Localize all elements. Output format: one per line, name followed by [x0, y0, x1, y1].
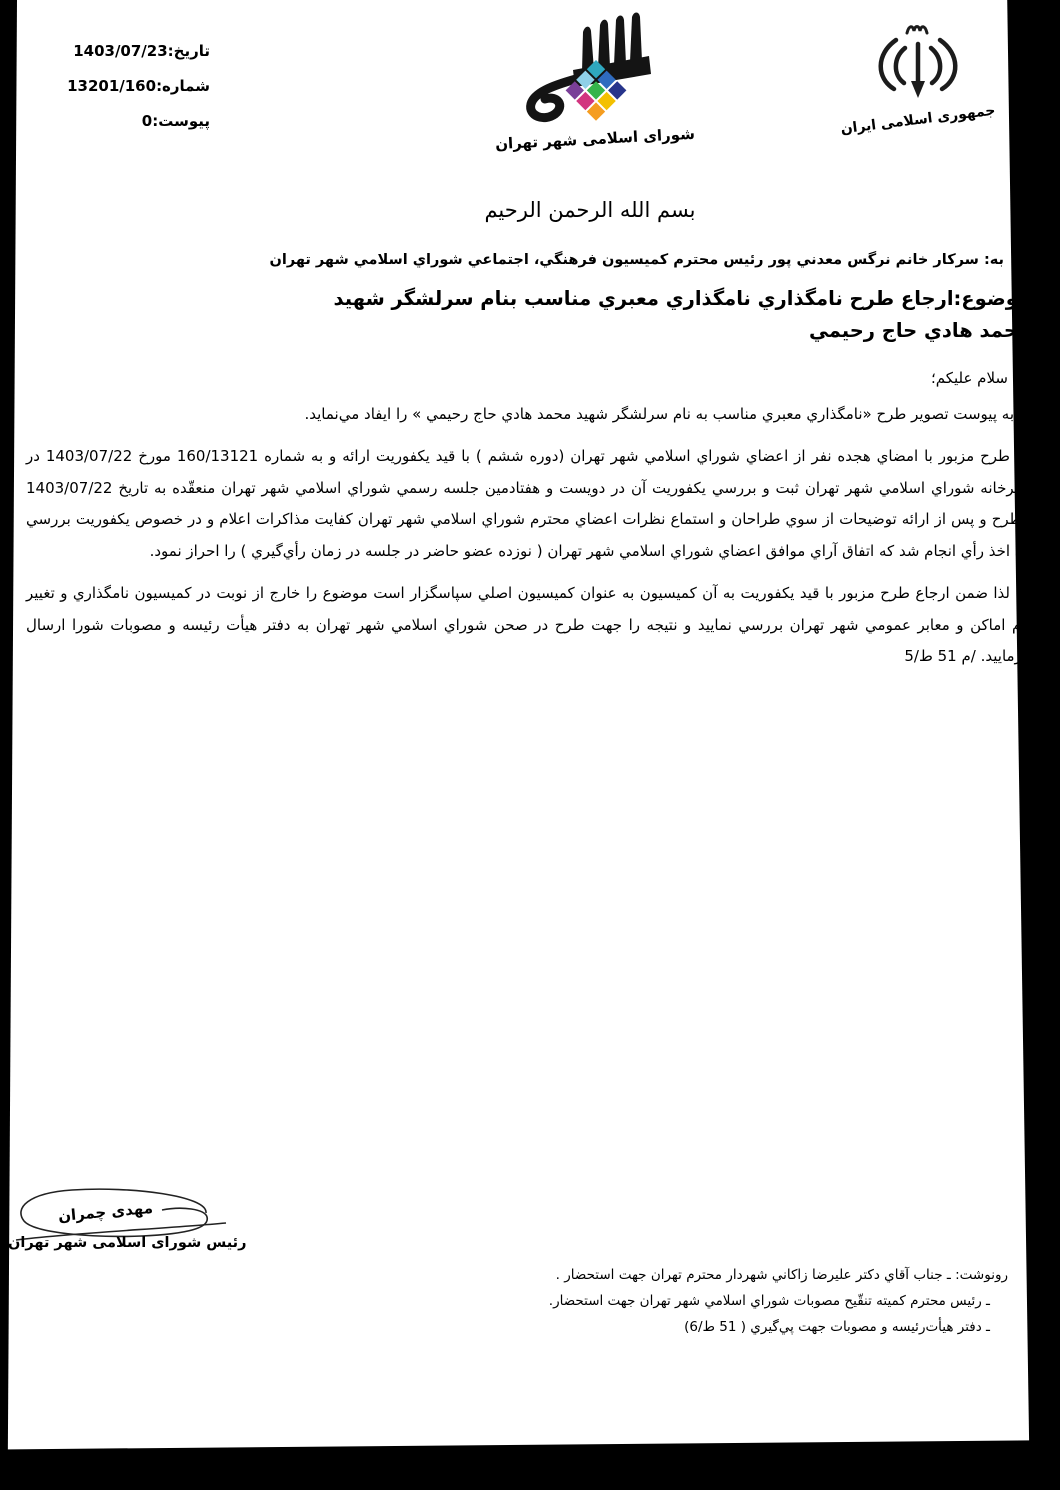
signature-block: مهدی چمران رئیس شورای اسلامی شهر تهران [6, 1183, 246, 1273]
paragraph-2: طرح مزبور با امضاي هجده نفر از اعضاي شور… [26, 441, 1030, 567]
scan-edge-bottom [0, 1438, 1060, 1490]
signatory-title: رئیس شورای اسلامی شهر تهران [8, 1235, 246, 1251]
paragraph-3: لذا ضمن ارجاع طرح مزبور با قيد يكفوريت ب… [26, 578, 1030, 673]
salutation: سلام عليكم؛ [26, 367, 1030, 389]
meta-attachment-label: پيوست: [152, 112, 210, 130]
national-emblem-icon [840, 20, 996, 112]
letter-meta: تاريخ:1403/07/23 شماره:13201/160 پيوست:0 [38, 40, 210, 145]
meta-date-value: 1403/07/23 [73, 42, 167, 60]
cc-line: ـ دفتر هيأت‌رئيسه و مصوبات جهت پي‌گيري (… [549, 1314, 1008, 1340]
subject-block: موضوع:ارجاع طرح نامگذاري نامگذاري معبري … [26, 283, 1030, 347]
subject-line-2: محمد هادي حاج رحيمي [26, 315, 1030, 347]
cc-line: رونوشت: ـ جناب آقاي دكتر عليرضا زاكاني ش… [549, 1262, 1008, 1288]
meta-number-row: شماره:13201/160 [38, 75, 210, 97]
council-logo-caption: شورای اسلامی شهر تهران [492, 125, 699, 154]
meta-attachment-row: پيوست:0 [38, 110, 210, 132]
cc-line: ـ رئيس محترم كميته تنقّيح مصوبات شوراي ا… [549, 1288, 1008, 1314]
letter-body: بسم الله الرحمن الرحيم به: سركار خانم نر… [26, 195, 1030, 673]
meta-date-label: تاريخ: [168, 42, 210, 60]
scan-edge-right [1002, 0, 1060, 1490]
subject-line-1: موضوع:ارجاع طرح نامگذاري نامگذاري معبري … [26, 283, 1030, 315]
scanned-letter-page: تاريخ:1403/07/23 شماره:13201/160 پيوست:0 [0, 0, 1060, 1490]
meta-number-label: شماره: [156, 77, 210, 95]
addressee-line: به: سركار خانم نرگس معدني پور رئيس محترم… [26, 249, 1030, 271]
council-logo-icon [492, 10, 698, 128]
meta-date-row: تاريخ:1403/07/23 [38, 40, 210, 62]
national-emblem: جمهوری اسلامی ایران [840, 20, 996, 128]
council-logo: شورای اسلامی شهر تهران [492, 10, 698, 148]
bismillah: بسم الله الرحمن الرحيم [88, 195, 1060, 225]
cc-block: رونوشت: ـ جناب آقاي دكتر عليرضا زاكاني ش… [549, 1262, 1008, 1340]
meta-number-value: 13201/160 [67, 77, 156, 95]
paragraph-1: به پيوست تصوير طرح «نامگذاري معبري مناسب… [26, 399, 1030, 430]
meta-attachment-value: 0 [142, 112, 152, 130]
